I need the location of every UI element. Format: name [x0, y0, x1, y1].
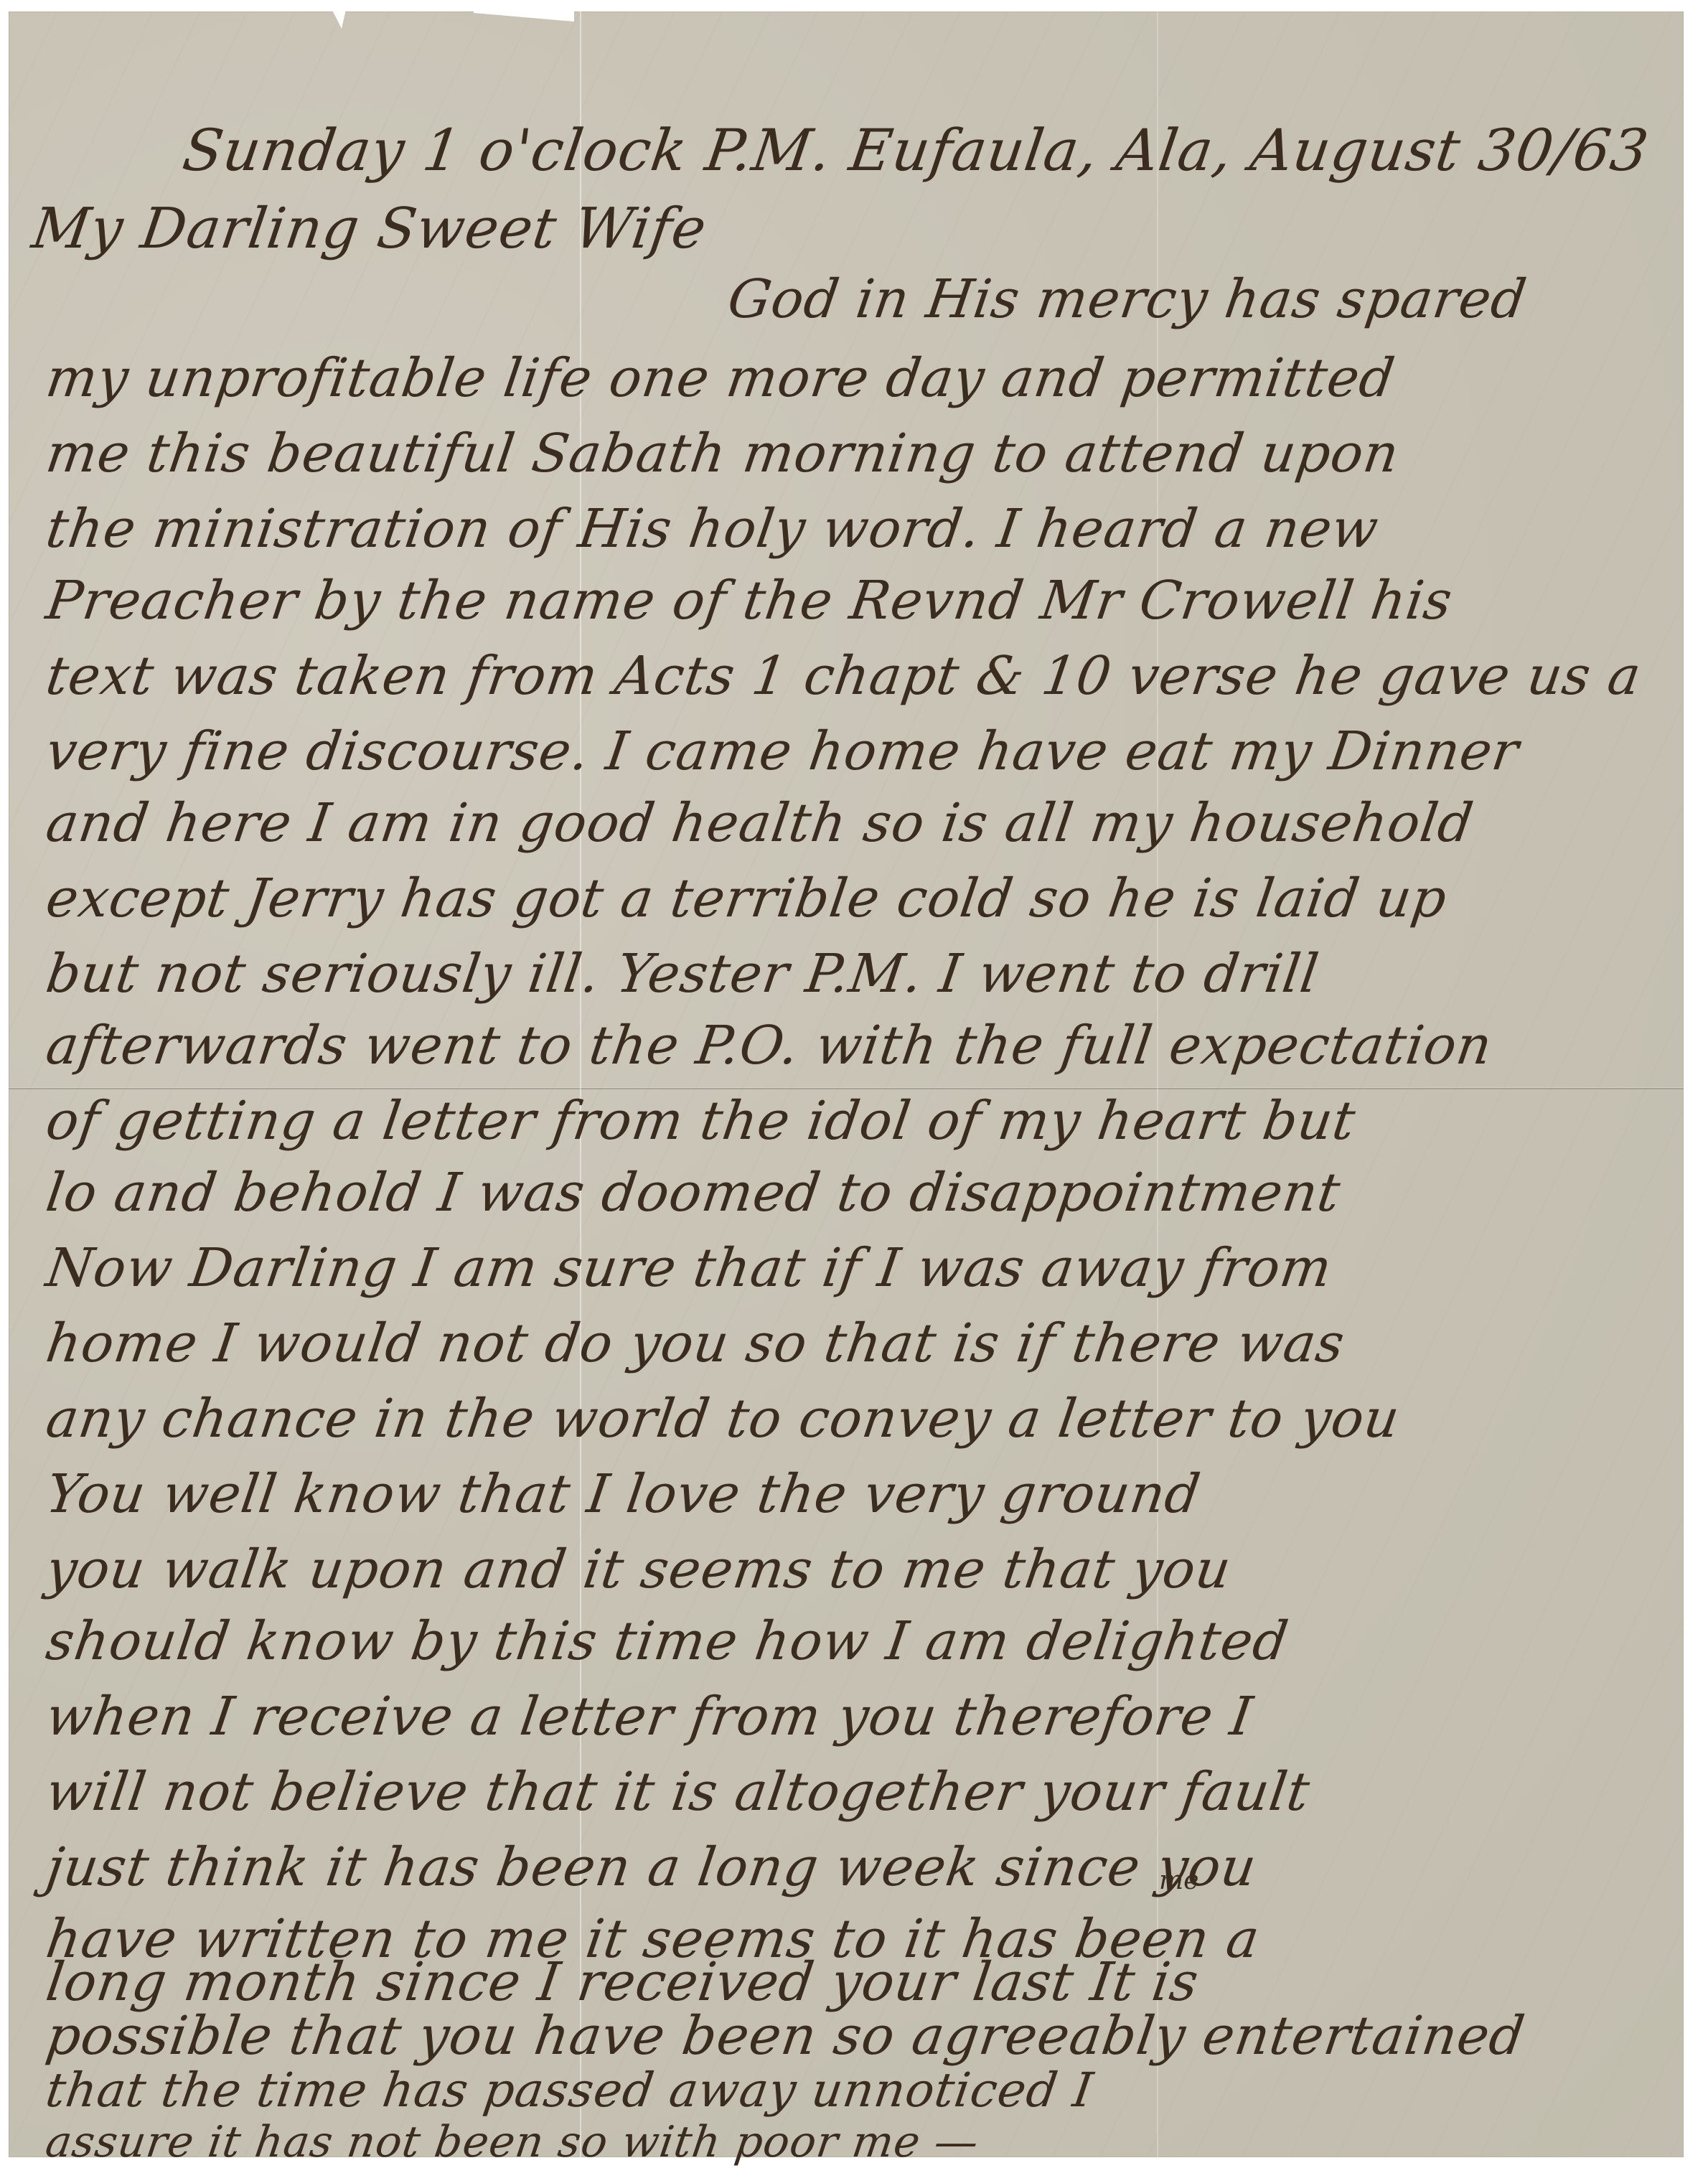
letter-line: that the time has passed away unnoticed … — [43, 2067, 1096, 2114]
letter-line: lo and behold I was doomed to disappoint… — [43, 1166, 1343, 1219]
letter-line: me this beautiful Sabath morning to atte… — [43, 427, 1402, 480]
letter-header-dateline: Sunday 1 o'clock P.M. Eufaula, Ala, Augu… — [179, 122, 1652, 179]
letter-line: will not believe that it is altogether y… — [43, 1765, 1313, 1819]
letter-line: possible that you have been so agreeably… — [43, 2009, 1528, 2063]
letter-line: you walk upon and it seems to me that yo… — [43, 1543, 1234, 1596]
letter-line: any chance in the world to convey a lett… — [43, 1392, 1403, 1445]
letter-line: but not seriously ill. Yester P.M. I wen… — [43, 947, 1322, 1000]
letter-line: just think it has been a long week since… — [43, 1841, 1259, 1894]
letter-paper — [9, 11, 1684, 2157]
letter-line: Preacher by the name of the Revnd Mr Cro… — [43, 574, 1455, 627]
letter-line: text was taken from Acts 1 chapt & 10 ve… — [43, 649, 1644, 703]
letter-line: should know by this time how I am deligh… — [43, 1615, 1292, 1668]
letter-line: God in His mercy has spared — [725, 273, 1530, 326]
letter-salutation: My Darling Sweet Wife — [29, 201, 710, 257]
letter-line: the ministration of His holy word. I hea… — [43, 502, 1382, 555]
letter-line: long month since I received your last It… — [43, 1956, 1202, 2009]
vertical-fold-crease — [580, 11, 581, 2157]
letter-line: my unprofitable life one more day and pe… — [43, 352, 1398, 405]
letter-line: of getting a letter from the idol of my … — [43, 1094, 1359, 1148]
letter-line: very fine discourse. I came home have ea… — [43, 725, 1522, 778]
letter-line: and here I am in good health so is all m… — [43, 797, 1477, 850]
letter-line: when I receive a letter from you therefo… — [43, 1690, 1256, 1743]
interlinear-insertion: me — [1159, 1866, 1198, 1895]
letter-line: except Jerry has got a terrible cold so … — [43, 872, 1450, 925]
letter-line: afterwards went to the P.O. with the ful… — [43, 1019, 1496, 1072]
letter-line: home I would not do you so that is if th… — [43, 1317, 1348, 1370]
letter-line: You well know that I love the very groun… — [43, 1468, 1203, 1521]
vertical-fold-crease — [1157, 11, 1158, 2157]
letter-line: Now Darling I am sure that if I was away… — [43, 1242, 1336, 1295]
letter-line: assure it has not been so with poor me — — [43, 2121, 982, 2164]
